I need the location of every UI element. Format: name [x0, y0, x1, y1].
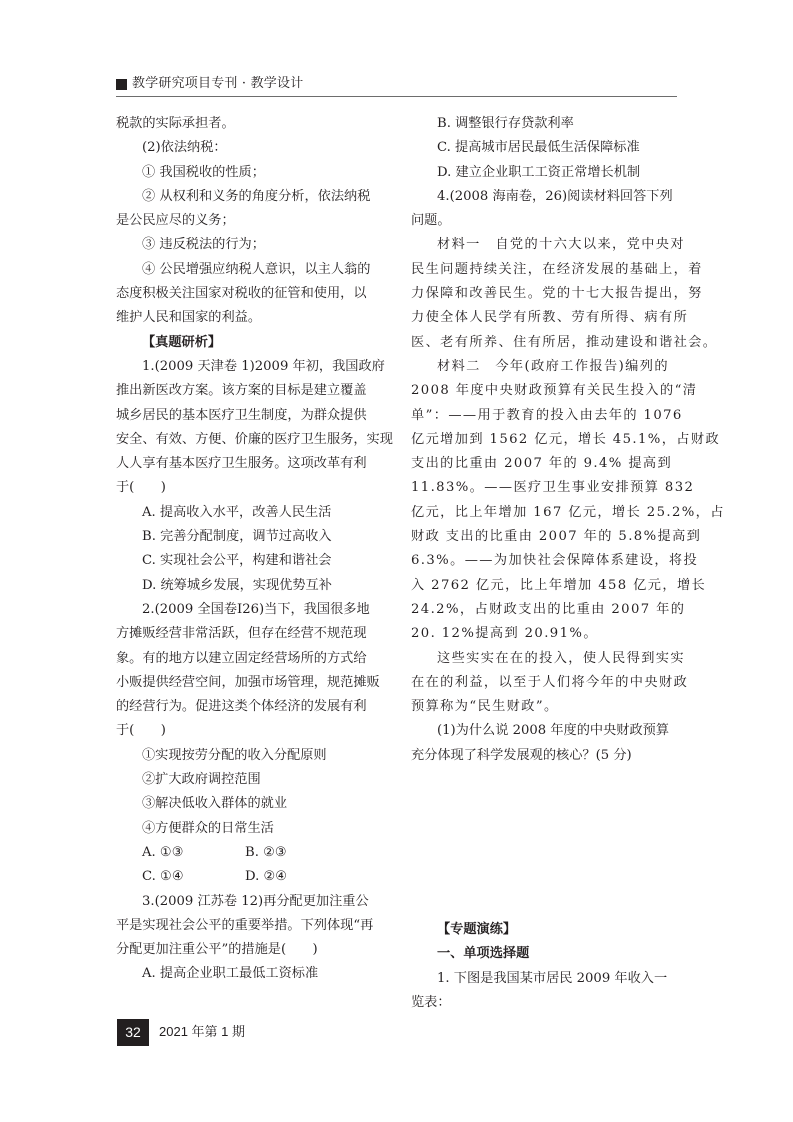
question-3-line: 3.(2009 江苏卷 12)再分配更加注重公: [116, 890, 384, 914]
question-1-line: 1.(2009 天津卷 1)2009 年初，我国政府: [116, 355, 384, 379]
question-1-line: 安全、有效、方便、价廉的医疗卫生服务，实现: [116, 428, 384, 452]
material-2-line: 支出的比重由 2007 年的 9.4% 提高到: [411, 452, 677, 476]
question-3-option-a: A. 提高企业职工最低工资标准: [116, 962, 384, 986]
page-number: 32: [117, 1019, 149, 1046]
material-1-line: 材料一 自党的十六大以来，党中央对: [411, 233, 677, 257]
question-2-line: 方摊贩经营非常活跃，但存在经营不规范现: [116, 622, 384, 646]
question-4-line: 4.(2008 海南卷，26)阅读材料回答下列: [411, 185, 677, 209]
question-1-line: 城乡居民的基本医疗卫生制度，为群众提供: [116, 404, 384, 428]
question-1-option-b: B. 完善分配制度，调节过高收入: [116, 525, 384, 549]
material-2-line: 6.3%。——为加快社会保障体系建设，将投: [411, 549, 677, 573]
practice-subheading: 一、单项选择题: [411, 942, 677, 966]
material-2-line: 11.83%。——医疗卫生事业安排预算 832: [411, 476, 677, 500]
question-1-option-c: C. 实现社会公平，构建和谐社会: [116, 549, 384, 573]
question-2-statement: ③解决低收入群体的就业: [116, 792, 384, 816]
paragraph-line: ② 从权利和义务的角度分析，依法纳税: [116, 185, 384, 209]
conclusion-line: 预算称为“民生财政”。: [411, 695, 677, 719]
material-2-line: 单”：——用于教育的投入由去年的 1076: [411, 404, 677, 428]
question-2-options-row: A. ①③ B. ②③: [116, 841, 384, 865]
conclusion-line: 这些实实在在的投入，使人民得到实实: [411, 647, 677, 671]
question-1-line: 推出新医改方案。该方案的目标是建立覆盖: [116, 379, 384, 403]
blank-answer-space: [411, 768, 677, 918]
running-header: 教学研究项目专刊 · 教学设计: [116, 74, 676, 98]
question-3-option-b: B. 调整银行存贷款利率: [411, 112, 677, 136]
section-heading: 【真题研析】: [116, 331, 384, 355]
paragraph-line: 是公民应尽的义务；: [116, 209, 384, 233]
question-3-line: 平是实现社会公平的重要举措。下列体现“再: [116, 914, 384, 938]
paragraph-line: ① 我国税收的性质；: [116, 161, 384, 185]
paragraph-line: 态度积极关注国家对税收的征管和使用，以: [116, 282, 384, 306]
question-1-line: 人人享有基本医疗卫生服务。这项改革有利: [116, 452, 384, 476]
square-bullet-icon: [116, 79, 127, 90]
question-2-line: 小贩提供经营空间，加强市场管理，规范摊贩: [116, 671, 384, 695]
paragraph-line: (2)依法纳税：: [116, 136, 384, 160]
paragraph-line: 税款的实际承担者。: [116, 112, 384, 136]
sub-question-line: 充分体现了科学发展观的核心？(5 分): [411, 744, 677, 768]
left-column: 税款的实际承担者。 (2)依法纳税： ① 我国税收的性质； ② 从权利和义务的角…: [116, 112, 384, 987]
question-3-option-d: D. 建立企业职工工资正常增长机制: [411, 161, 677, 185]
question-1-line: 于( ): [116, 476, 384, 500]
material-2-line: 2008 年度中央财政预算有关民生投入的“清: [411, 379, 677, 403]
paragraph-line: ③ 违反税法的行为；: [116, 233, 384, 257]
material-1-line: 医、老有所养、住有所居，推动建设和谐社会。: [411, 331, 677, 355]
question-1-option-d: D. 统筹城乡发展，实现优势互补: [116, 574, 384, 598]
question-2-option-d: D. ②④: [245, 865, 348, 889]
question-2-option-b: B. ②③: [245, 841, 348, 865]
conclusion-line: 在在的利益，以至于人们将今年的中央财政: [411, 671, 677, 695]
question-3-line: 分配更加注重公平”的措施是( ): [116, 938, 384, 962]
question-2-line: 2.(2009 全国卷Ⅰ26)当下，我国很多地: [116, 598, 384, 622]
practice-question-1-line: 1. 下图是我国某市居民 2009 年收入一: [411, 967, 677, 991]
paragraph-line: ④ 公民增强应纳税人意识，以主人翁的: [116, 258, 384, 282]
practice-heading: 【专题演练】: [411, 918, 677, 942]
question-2-line: 于( ): [116, 719, 384, 743]
material-2-line: 财政 支出的比重由 2007 年的 5.8%提高到: [411, 525, 677, 549]
material-2-line: 亿元增加到 1562 亿元，增长 45.1%，占财政: [411, 428, 677, 452]
header-title: 教学研究项目专刊 · 教学设计: [132, 74, 303, 94]
question-2-options-row: C. ①④ D. ②④: [116, 865, 384, 889]
question-2-line: 象。有的地方以建立固定经营场所的方式给: [116, 647, 384, 671]
material-1-line: 民生问题持续关注，在经济发展的基础上，着: [411, 258, 677, 282]
question-2-option-c: C. ①④: [142, 865, 245, 889]
material-2-line: 亿元，比上年增加 167 亿元，增长 25.2%，占: [411, 501, 677, 525]
question-3-option-c: C. 提高城市居民最低生活保障标准: [411, 136, 677, 160]
question-4-line: 问题。: [411, 209, 677, 233]
question-1-option-a: A. 提高收入水平，改善人民生活: [116, 501, 384, 525]
question-2-statement: ④方便群众的日常生活: [116, 817, 384, 841]
question-2-option-a: A. ①③: [142, 841, 245, 865]
material-2-line: 24.2%，占财政支出的比重由 2007 年的: [411, 598, 677, 622]
question-2-statement: ②扩大政府调控范围: [116, 768, 384, 792]
material-2-line: 材料二 今年(政府工作报告)编列的: [411, 355, 677, 379]
question-2-statement: ①实现按劳分配的收入分配原则: [116, 744, 384, 768]
practice-question-1-line: 览表：: [411, 991, 677, 1015]
material-1-line: 力使全体人民学有所教、劳有所得、病有所: [411, 306, 677, 330]
material-2-line: 20. 12%提高到 20.91%。: [411, 622, 677, 646]
right-column: B. 调整银行存贷款利率 C. 提高城市居民最低生活保障标准 D. 建立企业职工…: [411, 112, 677, 1015]
material-2-line: 入 2762 亿元，比上年增加 458 亿元，增长: [411, 574, 677, 598]
sub-question-line: (1)为什么说 2008 年度的中央财政预算: [411, 719, 677, 743]
issue-label: 2021 年第 1 期: [159, 1022, 245, 1042]
material-1-line: 力保障和改善民生。党的十七大报告提出，努: [411, 282, 677, 306]
question-2-line: 的经营行为。促进这类个体经济的发展有利: [116, 695, 384, 719]
header-divider: [116, 96, 677, 97]
paragraph-line: 维护人民和国家的利益。: [116, 306, 384, 330]
